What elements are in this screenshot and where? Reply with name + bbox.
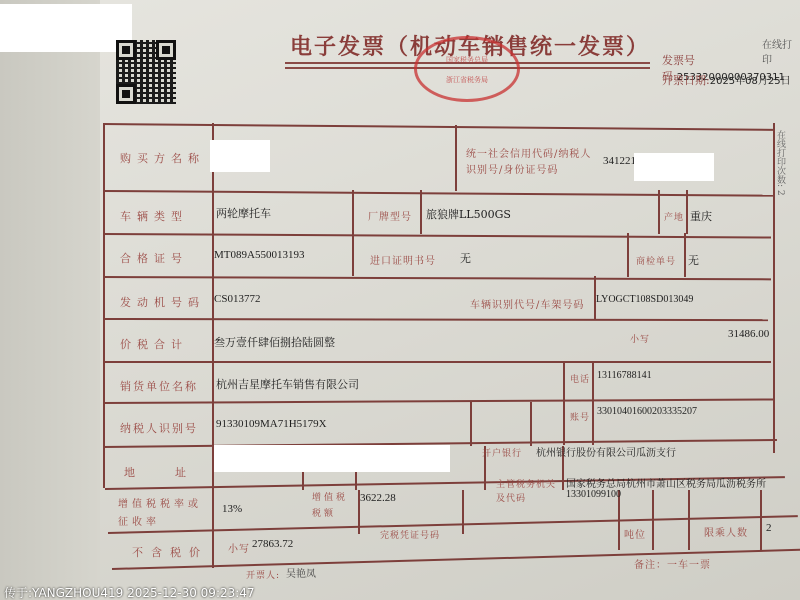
engine-label: 发动机号码 xyxy=(120,294,205,310)
total-words-value: 叁万壹仟肆佰捌拾陆圆整 xyxy=(214,334,335,350)
upload-stamp: 传于:YANGZHOU419 2025-12-30 09:23:47 xyxy=(4,584,255,600)
vehicle-type-label: 车辆类型 xyxy=(120,208,188,224)
bank-label: 开户银行 xyxy=(482,446,522,459)
vat-amount-label: 增值税税额 xyxy=(312,490,352,522)
taxpayer-id-label: 纳税人识别号 xyxy=(120,420,198,436)
passengers-value: 2 xyxy=(766,522,772,534)
vin-label: 车辆识别代号/车架号码 xyxy=(470,296,584,311)
pre-tax-label: 不含税价 xyxy=(132,544,208,560)
total-small-label: 小写 xyxy=(630,332,650,345)
certificate-label: 合格证号 xyxy=(120,250,188,266)
issuer-label: 开票人: xyxy=(246,568,280,581)
account-value: 33010401600203335207 xyxy=(597,406,697,417)
buyer-id-label: 统一社会信用代码/纳税人识别号/身份证号码 xyxy=(466,147,596,179)
inspection-value: 无 xyxy=(688,252,699,268)
issuer-value: 吴艳凤 xyxy=(286,565,316,580)
bank-value: 杭州银行股份有限公司瓜沥支行 xyxy=(536,444,676,459)
tax-authority-label: 主管税务机关及代码 xyxy=(496,478,556,506)
pre-tax-small-label: 小写 xyxy=(228,540,250,555)
certificate-value: MT089A550013193 xyxy=(214,249,304,261)
vat-amount-value: 3622.28 xyxy=(360,492,396,504)
total-label: 价税合计 xyxy=(120,336,188,352)
vin-value: LYOGCT108SD013049 xyxy=(596,294,693,305)
remark: 备注：一车一票 xyxy=(634,556,711,571)
seller-label: 销货单位名称 xyxy=(120,378,198,394)
phone-value: 13116788141 xyxy=(597,370,652,381)
tax-authority-value: 国家税务总局杭州市萧山区税务局瓜沥税务所 xyxy=(566,475,766,490)
tax-cert-label: 完税凭证号码 xyxy=(380,528,440,541)
buyer-name-label: 购买方名称 xyxy=(120,150,205,166)
passengers-label: 限乘人数 xyxy=(704,524,748,539)
tonnage-label: 吨位 xyxy=(624,526,646,541)
pre-tax-value: 27863.72 xyxy=(252,538,293,550)
taxpayer-id-value: 91330109MA71H5179X xyxy=(216,418,327,430)
address-redacted xyxy=(214,445,450,472)
origin-label: 产地 xyxy=(664,210,684,223)
engine-value: CS013772 xyxy=(214,293,260,305)
address-label: 地址 xyxy=(124,464,226,480)
import-cert-label: 进口证明书号 xyxy=(370,252,436,267)
buyer-name-redacted xyxy=(210,140,270,172)
account-label: 账号 xyxy=(570,410,590,423)
vehicle-type-value: 两轮摩托车 xyxy=(216,205,271,221)
tax-authority-code: 13301099100 xyxy=(566,489,621,500)
vat-rate-value: 13% xyxy=(222,503,242,515)
phone-label: 电话 xyxy=(570,372,590,385)
buyer-id-redacted xyxy=(634,153,714,181)
buyer-id-value: 341221 xyxy=(603,155,636,167)
vat-rate-label: 增值税税率或征收率 xyxy=(118,496,208,532)
import-cert-value: 无 xyxy=(460,250,471,266)
brand-model-value: 旅狼牌LL500GS xyxy=(426,206,511,222)
brand-model-label: 厂牌型号 xyxy=(368,208,412,223)
total-small-value: 31486.00 xyxy=(728,328,769,340)
inspection-label: 商检单号 xyxy=(636,254,676,267)
origin-value: 重庆 xyxy=(690,208,712,224)
seller-value: 杭州吉星摩托车销售有限公司 xyxy=(216,376,359,392)
